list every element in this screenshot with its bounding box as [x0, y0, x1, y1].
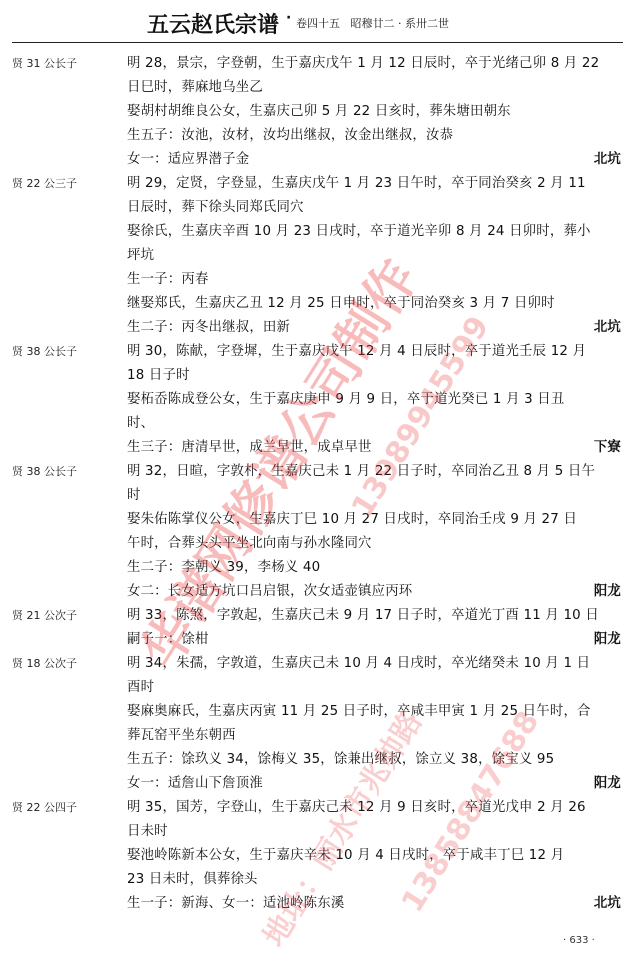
entry-line: 日辰时，葬下徐头同郑氏同穴: [127, 196, 621, 220]
header-rule: [12, 42, 623, 43]
entry-line: 坪坑: [127, 244, 621, 268]
father-reference: 贤 31 公长子: [12, 55, 77, 71]
genealogy-entry: 贤 38 公长子 明 32，日暄，字敦朴，生嘉庆己未 1 月 22 日子时，卒同…: [0, 460, 635, 604]
entry-line: 娶朱佑陈掌仪公女，生嘉庆丁巳 10 月 27 日戌时，卒同治壬戌 9 月 27 …: [127, 508, 621, 532]
entry-line: 明 35，国芳，字登山，生于嘉庆己未 12 月 9 日亥时，卒道光戊申 2 月 …: [127, 796, 621, 820]
entry-line: 娶池岭陈新本公女，生于嘉庆辛未 10 月 4 日戌时，卒于咸丰丁巳 12 月: [127, 844, 621, 868]
entry-line: 女一：适应界潜子金北坑: [127, 148, 621, 172]
branch-label: 昭穆廿二 · 系卅二世: [351, 17, 450, 30]
entry-line: 生一子：新海、女一：适池岭陈东溪北坑: [127, 892, 621, 916]
entry-line: 时: [127, 484, 621, 508]
father-reference: 贤 22 公四子: [12, 799, 77, 815]
page-header: 五云赵氏宗谱 · 卷四十五 昭穆廿二 · 系卅二世: [0, 0, 635, 44]
entry-line: 娶徐氏，生嘉庆辛酉 10 月 23 日戌时，卒于道光辛卯 8 月 24 日卯时，…: [127, 220, 621, 244]
residence-place: 北坑: [594, 892, 621, 916]
entry-line: 娶胡村胡维良公女，生嘉庆己卯 5 月 22 日亥时，葬朱塘田朝东: [127, 100, 621, 124]
header-subtitle: 卷四十五 昭穆廿二 · 系卅二世: [296, 15, 449, 31]
entry-line: 生一子：丙春: [127, 268, 621, 292]
entry-line: 23 日未时，俱葬徐头: [127, 868, 621, 892]
entry-line: 明 29，定贤，字登显，生嘉庆戊午 1 月 23 日午时，卒于同治癸亥 2 月 …: [127, 172, 621, 196]
entry-line: 日未时: [127, 820, 621, 844]
genealogy-entry: 贤 22 公三子 明 29，定贤，字登显，生嘉庆戊午 1 月 23 日午时，卒于…: [0, 172, 635, 340]
genealogy-body: 贤 31 公长子 明 28，景宗，字登朝，生于嘉庆戊午 1 月 12 日辰时，卒…: [0, 52, 635, 916]
entry-line: 女二：长女适方坑口吕启银，次女适壶镇应丙环阳龙: [127, 580, 621, 604]
father-reference: 贤 38 公长子: [12, 463, 77, 479]
entry-line: 娶麻奥麻氏，生嘉庆丙寅 11 月 25 日子时，卒咸丰甲寅 1 月 25 日午时…: [127, 700, 621, 724]
father-reference: 贤 18 公次子: [12, 655, 77, 671]
entry-line: 生三子：唐清早世，成兰早世，成卓早世下寮: [127, 436, 621, 460]
entry-line: 明 34，朱孺，字敦道，生嘉庆己未 10 月 4 日戌时，卒光绪癸未 10 月 …: [127, 652, 621, 676]
genealogy-entry: 贤 38 公长子 明 30，陈献，字登墀，生于嘉庆戊午 12 月 4 日辰时，卒…: [0, 340, 635, 460]
entry-line: 18 日子时: [127, 364, 621, 388]
genealogy-entry: 贤 22 公四子 明 35，国芳，字登山，生于嘉庆己未 12 月 9 日亥时，卒…: [0, 796, 635, 916]
page-number: · 633 ·: [563, 935, 595, 946]
entry-line: 生二子：李朝义 39，李杨义 40: [127, 556, 621, 580]
genealogy-entry: 贤 18 公次子 明 34，朱孺，字敦道，生嘉庆己未 10 月 4 日戌时，卒光…: [0, 652, 635, 796]
entry-line: 明 30，陈献，字登墀，生于嘉庆戊午 12 月 4 日辰时，卒于道光壬辰 12 …: [127, 340, 621, 364]
entry-line: 生五子：馀玖义 34，馀梅义 35，馀兼出继叔，馀立义 38，馀宝义 95: [127, 748, 621, 772]
residence-place: 阳龙: [594, 580, 621, 604]
residence-place: 下寮: [594, 436, 621, 460]
entry-line: 明 33，陈煞，字敦起，生嘉庆己未 9 月 17 日子时，卒道光丁酉 11 月 …: [127, 604, 621, 628]
volume-label: 卷四十五: [296, 17, 340, 30]
residence-place: 北坑: [594, 316, 621, 340]
entry-line: 嗣子一：馀柑阳龙: [127, 628, 621, 652]
father-reference: 贤 22 公三子: [12, 175, 77, 191]
father-reference: 贤 38 公长子: [12, 343, 77, 359]
entry-line: 生二子：丙冬出继叔，田新北坑: [127, 316, 621, 340]
residence-place: 阳龙: [594, 628, 621, 652]
entry-line: 明 32，日暄，字敦朴，生嘉庆己未 1 月 22 日子时，卒同治乙丑 8 月 5…: [127, 460, 621, 484]
book-title: 五云赵氏宗谱: [147, 8, 279, 39]
genealogy-entry: 贤 31 公长子 明 28，景宗，字登朝，生于嘉庆戊午 1 月 12 日辰时，卒…: [0, 52, 635, 172]
entry-line: 时、: [127, 412, 621, 436]
entry-line: 女一：适詹山下詹顶淮阳龙: [127, 772, 621, 796]
entry-line: 酉时: [127, 676, 621, 700]
entry-line: 继娶郑氏，生嘉庆乙丑 12 月 25 日申时，卒于同治癸亥 3 月 7 日卯时: [127, 292, 621, 316]
residence-place: 阳龙: [594, 772, 621, 796]
genealogy-entry: 贤 21 公次子 明 33，陈煞，字敦起，生嘉庆己未 9 月 17 日子时，卒道…: [0, 604, 635, 652]
entry-line: 日巳时，葬麻地乌坐乙: [127, 76, 621, 100]
title-separator: ·: [286, 10, 291, 26]
entry-line: 明 28，景宗，字登朝，生于嘉庆戊午 1 月 12 日辰时，卒于光绪己卯 8 月…: [127, 52, 621, 76]
father-reference: 贤 21 公次子: [12, 607, 77, 623]
entry-line: 午时，合葬头头平坐北向南与孙水隆同穴: [127, 532, 621, 556]
entry-line: 生五子：汝池，汝材，汝均出继叔，汝金出继叔，汝恭: [127, 124, 621, 148]
entry-line: 娶柘岙陈成登公女，生于嘉庆庚申 9 月 9 日，卒于道光癸已 1 月 3 日丑: [127, 388, 621, 412]
entry-line: 葬瓦窑平坐东朝西: [127, 724, 621, 748]
residence-place: 北坑: [594, 148, 621, 172]
